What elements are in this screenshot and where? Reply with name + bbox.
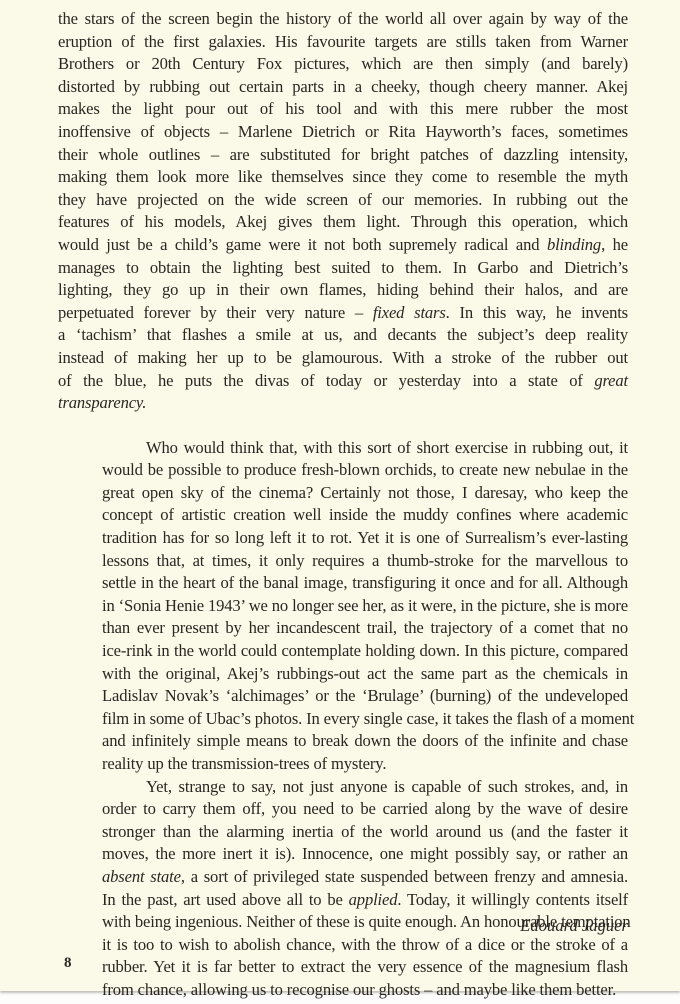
text-run: Who would think that, with this sort of …	[146, 438, 628, 457]
text-run: moves, the more inert it is). Innocence,…	[102, 844, 628, 863]
author-signature: Edouard Jaguer	[58, 916, 628, 936]
text-run: distorted by rubbing out certain parts i…	[58, 77, 628, 96]
text-run: instead of making her up to be glamourou…	[58, 348, 628, 367]
text-line: in ‘Sonia Henie 1943’ we no longer see h…	[58, 595, 628, 618]
text-run: would just be a child’s game were it not…	[58, 235, 547, 254]
text-line: Ladislav Novak’s ‘alchimages’ or the ‘Br…	[58, 685, 628, 708]
text-line: makes the light pour out of his tool and…	[58, 98, 628, 121]
italic-phrase: absent state	[102, 867, 181, 886]
text-line: perpetuated forever by their very nature…	[58, 302, 628, 325]
text-run: and infinitely simple means to break dow…	[102, 731, 628, 750]
page-number: 8	[64, 955, 72, 972]
text-run: Ladislav Novak’s ‘alchimages’ or the ‘Br…	[102, 686, 628, 705]
text-run: would be possible to produce fresh-blown…	[102, 460, 628, 479]
text-line: making them look more like themselves si…	[58, 166, 628, 189]
text-run: eruption of the first galaxies. His favo…	[58, 32, 628, 51]
text-run: making them look more like themselves si…	[58, 167, 628, 186]
text-run: lighting, they go up in their own flames…	[58, 280, 628, 299]
text-run: In the past, art used above all to be	[102, 890, 349, 909]
text-run: ice-rink in the world could contemplate …	[102, 641, 628, 660]
paragraph-1: the stars of the screen begin the histor…	[58, 8, 628, 415]
text-run: Yet, strange to say, not just anyone is …	[146, 777, 628, 796]
text-run: the stars of the screen begin the histor…	[58, 9, 628, 28]
text-run: , a sort of privileged state suspended b…	[181, 867, 628, 886]
text-run: . In this way, he invents	[446, 303, 628, 322]
text-line: moves, the more inert it is). Innocence,…	[58, 843, 628, 866]
text-run: with the original, Akej’s rubbings-out a…	[102, 664, 628, 683]
italic-phrase: great	[594, 371, 628, 390]
text-run: lessons that, at times, it only requires…	[102, 551, 628, 570]
article-body: the stars of the screen begin the histor…	[58, 8, 628, 1002]
text-run: Brothers or 20th Century Fox pictures, w…	[58, 54, 628, 73]
text-line: with the original, Akej’s rubbings-out a…	[58, 663, 628, 686]
text-line: reality up the transmission-trees of mys…	[58, 753, 628, 776]
text-line: rubber. Yet it is far better to extract …	[58, 956, 628, 979]
text-line: Brothers or 20th Century Fox pictures, w…	[58, 53, 628, 76]
text-line: of the blue, he puts the divas of today …	[58, 370, 628, 393]
text-line: In the past, art used above all to be ap…	[58, 889, 628, 912]
text-line: a ‘tachism’ that flashes a smile at us, …	[58, 324, 628, 347]
text-line: order to carry them off, you need to be …	[58, 798, 628, 821]
text-line: Yet, strange to say, not just anyone is …	[58, 776, 628, 799]
text-run: they have projected on the wide screen o…	[58, 190, 628, 209]
text-line: absent state, a sort of privileged state…	[58, 866, 628, 889]
text-line: instead of making her up to be glamourou…	[58, 347, 628, 370]
text-line: features of his models, Akej gives them …	[58, 211, 628, 234]
italic-phrase: fixed stars	[373, 303, 446, 322]
text-line: their whole outlines – are substituted f…	[58, 144, 628, 167]
text-line: they have projected on the wide screen o…	[58, 189, 628, 212]
text-run: , he	[601, 235, 628, 254]
text-line: settle in the heart of the banal image, …	[58, 572, 628, 595]
text-line: from chance, allowing us to recognise ou…	[58, 979, 628, 1002]
text-line: and infinitely simple means to break dow…	[58, 730, 628, 753]
text-run: rubber. Yet it is far better to extract …	[102, 957, 628, 976]
text-line: transparency.	[58, 392, 628, 415]
book-page: the stars of the screen begin the histor…	[0, 0, 680, 991]
text-line: lighting, they go up in their own flames…	[58, 279, 628, 302]
text-line: distorted by rubbing out certain parts i…	[58, 76, 628, 99]
text-line: stronger than the alarming inertia of th…	[58, 821, 628, 844]
paragraph-gap	[58, 415, 628, 437]
text-line: the stars of the screen begin the histor…	[58, 8, 628, 31]
paragraph-2: Who would think that, with this sort of …	[58, 437, 628, 776]
text-run: settle in the heart of the banal image, …	[102, 573, 628, 592]
text-run: a ‘tachism’ that flashes a smile at us, …	[58, 325, 628, 344]
text-run: film in some of Ubac’s photos. In every …	[102, 709, 634, 728]
text-line: it is too to wish to abolish chance, wit…	[58, 934, 628, 957]
text-run: perpetuated forever by their very nature…	[58, 303, 373, 322]
text-run: order to carry them off, you need to be …	[102, 799, 628, 818]
text-run: than ever present by her incandescent tr…	[102, 618, 628, 637]
text-run: reality up the transmission-trees of mys…	[102, 754, 386, 773]
italic-phrase: transparency.	[58, 393, 146, 412]
text-run: tradition has for so long left it to rot…	[102, 528, 628, 547]
text-line: concept of artistic creation well inside…	[58, 504, 628, 527]
text-line: would just be a child’s game were it not…	[58, 234, 628, 257]
text-line: great open sky of the cinema? Certainly …	[58, 482, 628, 505]
text-line: ice-rink in the world could contemplate …	[58, 640, 628, 663]
text-line: lessons that, at times, it only requires…	[58, 550, 628, 573]
text-run: stronger than the alarming inertia of th…	[102, 822, 628, 841]
text-line: film in some of Ubac’s photos. In every …	[58, 708, 628, 731]
text-run: manages to obtain the lighting best suit…	[58, 258, 628, 277]
text-line: inoffensive of objects – Marlene Dietric…	[58, 121, 628, 144]
text-line: tradition has for so long left it to rot…	[58, 527, 628, 550]
text-run: makes the light pour out of his tool and…	[58, 99, 628, 118]
text-run: great open sky of the cinema? Certainly …	[102, 483, 628, 502]
text-line: manages to obtain the lighting best suit…	[58, 257, 628, 280]
paragraph-3: Yet, strange to say, not just anyone is …	[58, 776, 628, 1002]
italic-phrase: blinding	[547, 235, 601, 254]
text-run: in ‘Sonia Henie 1943’ we no longer see h…	[102, 596, 628, 615]
text-run: . Today, it willingly contents itself	[397, 890, 628, 909]
text-run: it is too to wish to abolish chance, wit…	[102, 935, 628, 954]
italic-phrase: applied	[349, 890, 398, 909]
text-run: from chance, allowing us to recognise ou…	[102, 980, 616, 999]
text-run: inoffensive of objects – Marlene Dietric…	[58, 122, 628, 141]
text-run: features of his models, Akej gives them …	[58, 212, 628, 231]
text-line: than ever present by her incandescent tr…	[58, 617, 628, 640]
text-line: would be possible to produce fresh-blown…	[58, 459, 628, 482]
text-run: their whole outlines – are substituted f…	[58, 145, 628, 164]
text-line: eruption of the first galaxies. His favo…	[58, 31, 628, 54]
text-line: Who would think that, with this sort of …	[58, 437, 628, 460]
text-run: concept of artistic creation well inside…	[102, 505, 628, 524]
text-run: of the blue, he puts the divas of today …	[58, 371, 594, 390]
